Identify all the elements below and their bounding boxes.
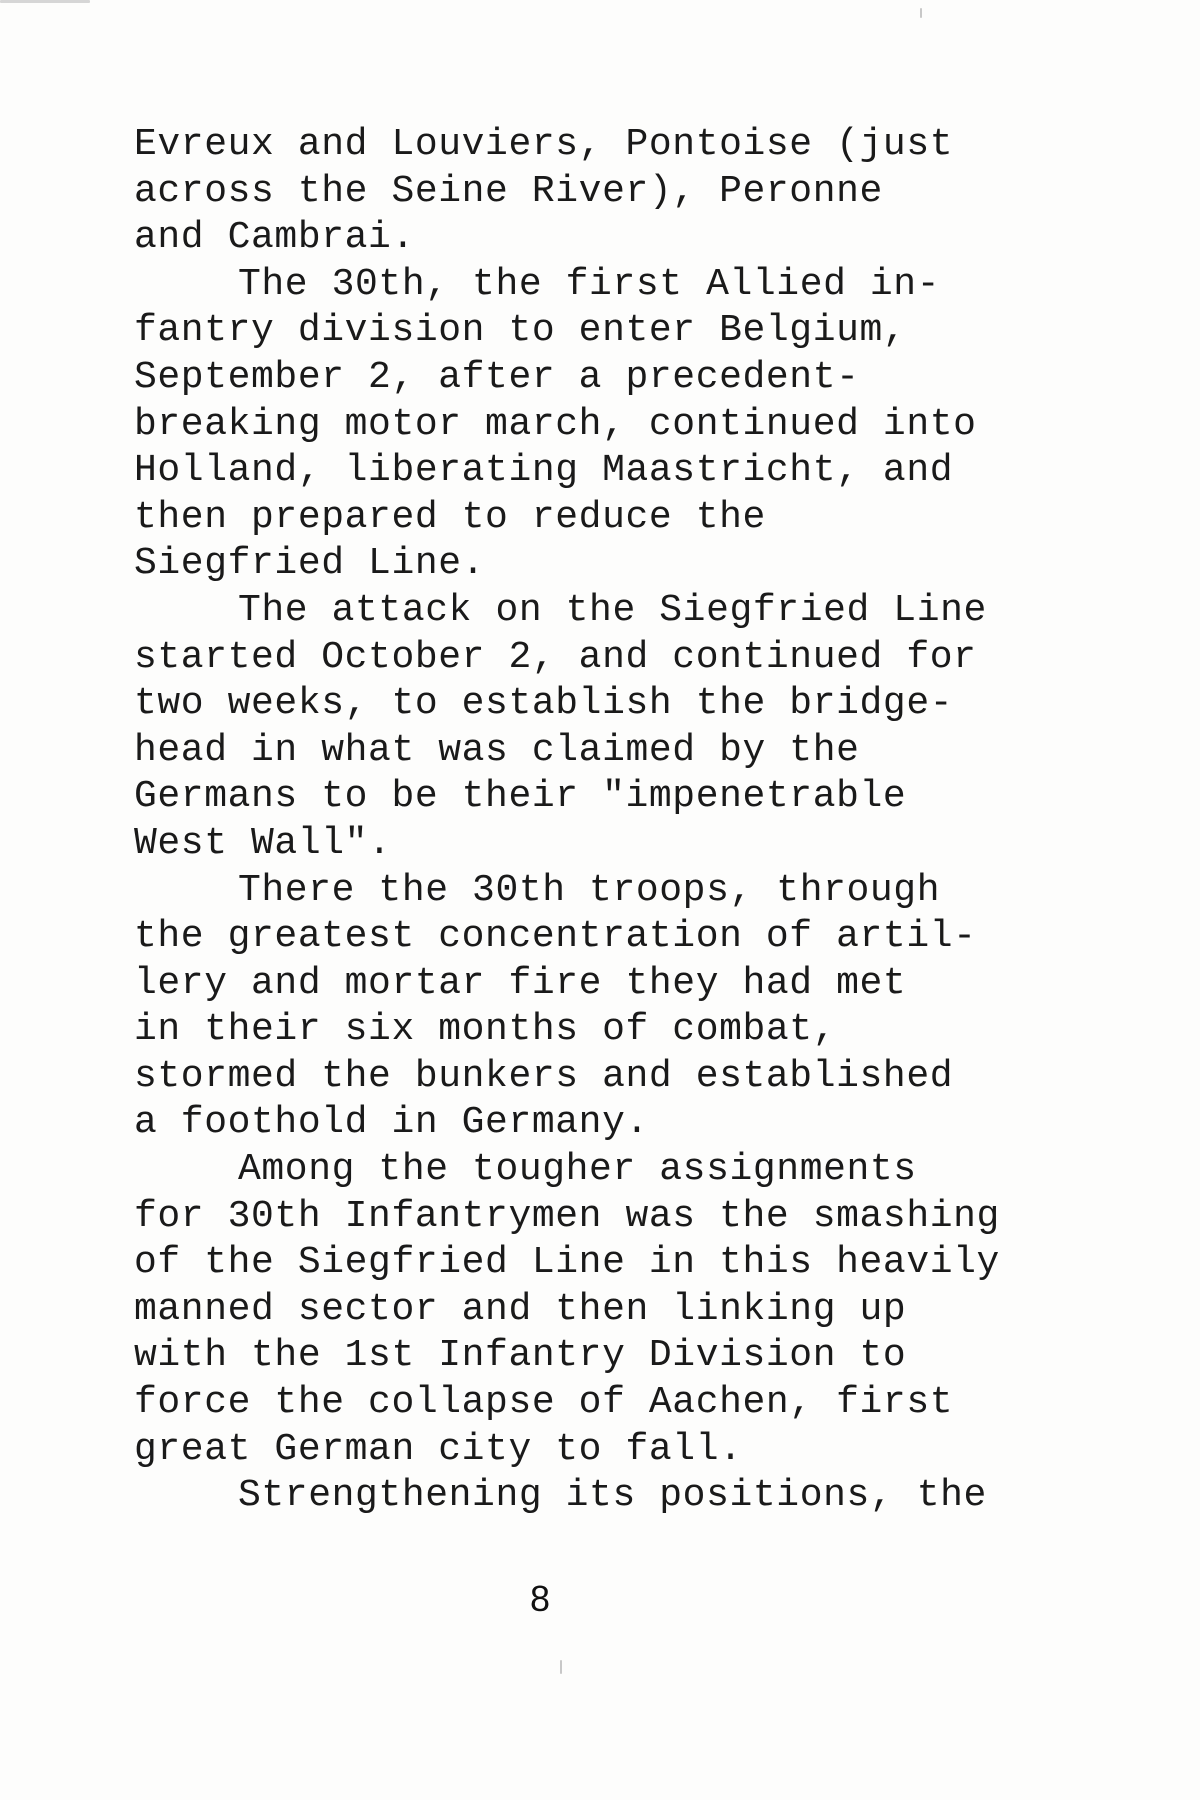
paragraph: The 30th, the first Allied in-fantry div…	[134, 262, 1114, 588]
text-line: fantry division to enter Belgium,	[134, 308, 1114, 355]
text-line: of the Siegfried Line in this heavily	[134, 1240, 1114, 1287]
paragraph: There the 30th troops, throughthe greate…	[134, 868, 1114, 1148]
paragraph: Strengthening its positions, the	[134, 1473, 1114, 1520]
scan-speck	[920, 8, 922, 18]
text-line: Siegfried Line.	[134, 541, 1114, 588]
scan-speck	[560, 1660, 562, 1674]
text-line: for 30th Infantrymen was the smashing	[134, 1194, 1114, 1241]
text-line: head in what was claimed by the	[134, 728, 1114, 775]
text-line: and Cambrai.	[134, 215, 1114, 262]
text-line: manned sector and then linking up	[134, 1287, 1114, 1334]
text-line: stormed the bunkers and established	[134, 1054, 1114, 1101]
text-line: Evreux and Louviers, Pontoise (just	[134, 122, 1114, 169]
paragraph: Among the tougher assignmentsfor 30th In…	[134, 1147, 1114, 1473]
text-line: breaking motor march, continued into	[134, 402, 1114, 449]
text-line: There the 30th troops, through	[134, 868, 1114, 915]
document-page: Evreux and Louviers, Pontoise (justacros…	[0, 0, 1200, 1800]
text-line: across the Seine River), Peronne	[134, 169, 1114, 216]
text-line: then prepared to reduce the	[134, 495, 1114, 542]
text-line: in their six months of combat,	[134, 1007, 1114, 1054]
text-line: The 30th, the first Allied in-	[134, 262, 1114, 309]
text-line: great German city to fall.	[134, 1427, 1114, 1474]
text-line: a foothold in Germany.	[134, 1100, 1114, 1147]
text-line: lery and mortar fire they had met	[134, 961, 1114, 1008]
body-text: Evreux and Louviers, Pontoise (justacros…	[134, 122, 1114, 1520]
text-line: with the 1st Infantry Division to	[134, 1333, 1114, 1380]
text-line: Germans to be their "impenetrable	[134, 774, 1114, 821]
page-number: 8	[0, 1578, 1080, 1620]
scan-speck	[0, 0, 90, 3]
text-line: Holland, liberating Maastricht, and	[134, 448, 1114, 495]
text-line: September 2, after a precedent-	[134, 355, 1114, 402]
paragraph: Evreux and Louviers, Pontoise (justacros…	[134, 122, 1114, 262]
text-line: The attack on the Siegfried Line	[134, 588, 1114, 635]
text-line: West Wall".	[134, 821, 1114, 868]
paragraph: The attack on the Siegfried Linestarted …	[134, 588, 1114, 868]
text-line: started October 2, and continued for	[134, 635, 1114, 682]
text-line: force the collapse of Aachen, first	[134, 1380, 1114, 1427]
text-line: Strengthening its positions, the	[134, 1473, 1114, 1520]
text-line: Among the tougher assignments	[134, 1147, 1114, 1194]
text-line: two weeks, to establish the bridge-	[134, 681, 1114, 728]
text-line: the greatest concentration of artil-	[134, 914, 1114, 961]
